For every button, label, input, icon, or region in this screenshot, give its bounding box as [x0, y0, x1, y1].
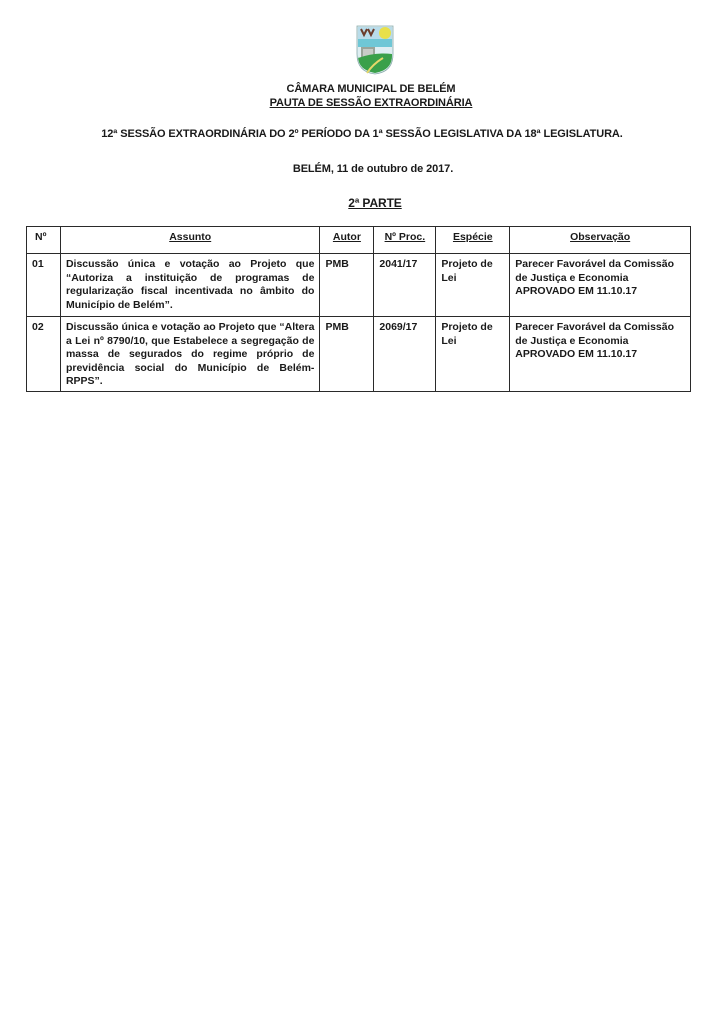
- observacao-status: APROVADO EM 11.10.17: [515, 348, 685, 362]
- cell-assunto: Discussão única e votação ao Projeto que…: [60, 317, 319, 392]
- column-header-numero: Nº: [27, 227, 61, 254]
- table-row: 01 Discussão única e votação ao Projeto …: [27, 254, 691, 317]
- table-header-row: Nº Assunto Autor Nº Proc. Espécie Observ…: [27, 227, 691, 254]
- coat-of-arms-logo: [355, 24, 395, 76]
- cell-observacao: Parecer Favorável da Comissão de Justiça…: [510, 254, 691, 317]
- cell-especie: Projeto de Lei: [436, 317, 510, 392]
- column-header-assunto: Assunto: [60, 227, 319, 254]
- observacao-parecer: Parecer Favorável da Comissão de Justiça…: [515, 258, 685, 285]
- cell-assunto: Discussão única e votação ao Projeto que…: [60, 254, 319, 317]
- cell-numero: 02: [27, 317, 61, 392]
- cell-numero: 01: [27, 254, 61, 317]
- agenda-table: Nº Assunto Autor Nº Proc. Espécie Observ…: [26, 226, 691, 392]
- date-line: BELÉM, 11 de outubro de 2017.: [11, 163, 724, 175]
- column-header-autor: Autor: [320, 227, 374, 254]
- observacao-parecer: Parecer Favorável da Comissão de Justiça…: [515, 321, 685, 348]
- part-heading: 2ª PARTE: [13, 196, 724, 210]
- cell-observacao: Parecer Favorável da Comissão de Justiça…: [510, 317, 691, 392]
- column-header-observacao: Observação: [510, 227, 691, 254]
- observacao-status: APROVADO EM 11.10.17: [515, 285, 685, 299]
- session-title: 12ª SESSÃO EXTRAORDINÁRIA DO 2º PERÍODO …: [0, 128, 724, 140]
- document-type-title: PAUTA DE SESSÃO EXTRAORDINÁRIA: [9, 97, 724, 109]
- institution-name: CÂMARA MUNICIPAL DE BELÉM: [9, 83, 724, 95]
- cell-autor: PMB: [320, 317, 374, 392]
- cell-processo: 2069/17: [374, 317, 436, 392]
- table-row: 02 Discussão única e votação ao Projeto …: [27, 317, 691, 392]
- cell-autor: PMB: [320, 254, 374, 317]
- cell-processo: 2041/17: [374, 254, 436, 317]
- column-header-especie: Espécie: [436, 227, 510, 254]
- cell-especie: Projeto de Lei: [436, 254, 510, 317]
- column-header-processo: Nº Proc.: [374, 227, 436, 254]
